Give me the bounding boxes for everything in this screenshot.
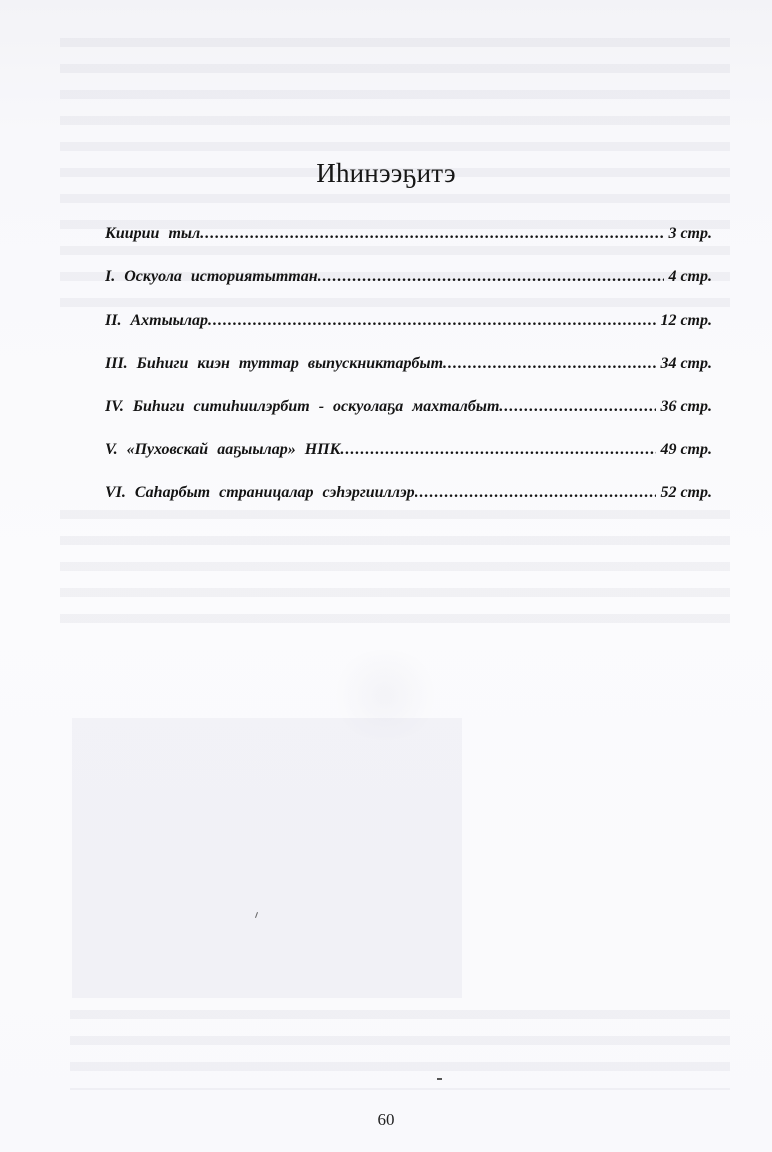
- toc-leader-dots: [200, 225, 664, 243]
- toc-entry-label: III. Биһиги киэн туттар выпускниктарбыт: [105, 355, 443, 373]
- toc-entry-label: Киирии тыл: [105, 225, 200, 243]
- toc-entry: IV. Биһиги ситиһиилэрбит - оскуолаҕа мах…: [105, 398, 712, 424]
- toc-entry-label: IV. Биһиги ситиһиилэрбит - оскуолаҕа мах…: [105, 398, 499, 416]
- scan-speck: [437, 1078, 442, 1080]
- reverse-side-photo-bleed-through: [72, 718, 462, 998]
- toc-entry-label: I. Оскуола историятыттан: [105, 268, 318, 286]
- toc-entry-page: 36 стр.: [656, 398, 712, 416]
- toc-entry-page: 49 стр.: [656, 441, 712, 459]
- toc-entry: Киирии тыл 3 стр.: [105, 225, 712, 251]
- toc-leader-dots: [499, 398, 656, 416]
- toc-leader-dots: [318, 268, 665, 286]
- toc-entry-page: 12 стр.: [656, 312, 712, 330]
- toc-leader-dots: [340, 441, 656, 459]
- toc-leader-dots: [208, 312, 656, 330]
- reverse-side-ornament-bleed-through: [330, 650, 440, 740]
- toc-entry: III. Биһиги киэн туттар выпускниктарбыт …: [105, 355, 712, 381]
- toc-entry-label: II. Ахтыылар: [105, 312, 208, 330]
- toc-entry: VI. Саһарбыт страницалар сэһэргииллэр 52…: [105, 484, 712, 510]
- toc-entry: II. Ахтыылар 12 стр.: [105, 312, 712, 338]
- scan-speck: [255, 912, 258, 918]
- toc-leader-dots: [415, 484, 657, 502]
- document-page: Иһинээҕитэ Киирии тыл 3 стр. I. Оскуола …: [0, 0, 772, 1152]
- toc-entry: V. «Пуховскай ааҕыылар» НПК 49 стр.: [105, 441, 712, 467]
- reverse-side-bleed-through: [70, 1010, 730, 1090]
- page-title: Иһинээҕитэ: [0, 158, 772, 189]
- toc-entry: I. Оскуола историятыттан 4 стр.: [105, 268, 712, 294]
- toc-entry-label: VI. Саһарбыт страницалар сэһэргииллэр: [105, 484, 415, 502]
- toc-entry-label: V. «Пуховскай ааҕыылар» НПК: [105, 441, 340, 459]
- page-number: 60: [0, 1110, 772, 1130]
- toc-entry-page: 52 стр.: [656, 484, 712, 502]
- toc-leader-dots: [443, 355, 656, 373]
- toc-entry-page: 4 стр.: [664, 268, 712, 286]
- reverse-side-bleed-through: [60, 510, 730, 630]
- toc-entry-page: 34 стр.: [656, 355, 712, 373]
- toc-entry-page: 3 стр.: [664, 225, 712, 243]
